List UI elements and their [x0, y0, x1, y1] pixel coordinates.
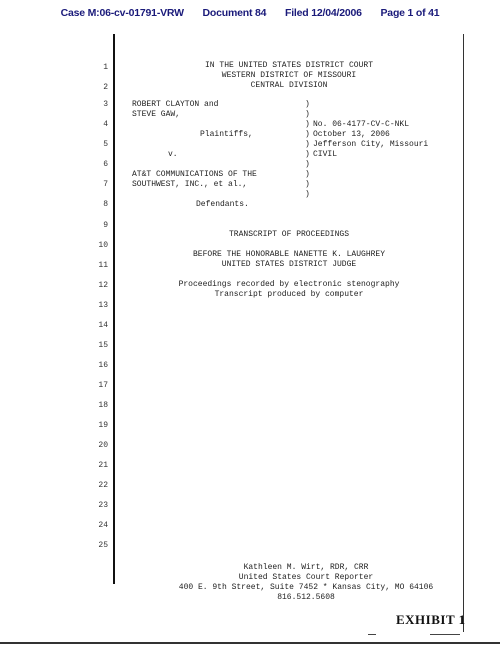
line-number: 14: [94, 321, 108, 330]
caption-bracket: ): [305, 150, 310, 159]
reporter-phone: 816.512.5608: [132, 593, 480, 602]
reporter-name: Kathleen M. Wirt, RDR, CRR: [132, 563, 480, 572]
case-docket-number: No. 06-4177-CV-C-NKL: [313, 120, 409, 129]
defendant-name-2: SOUTHWEST, INC., et al.,: [132, 180, 247, 189]
hearing-location: Jefferson City, Missouri: [313, 140, 428, 149]
district-name: WESTERN DISTRICT OF MISSOURI: [115, 71, 463, 80]
caption-bracket: ): [305, 100, 310, 109]
line-number: 19: [94, 421, 108, 430]
line-number: 9: [94, 221, 108, 230]
caption-bracket: ): [305, 120, 310, 129]
filed-date: Filed 12/04/2006: [285, 7, 362, 19]
recording-note: Proceedings recorded by electronic steno…: [115, 280, 463, 289]
line-number: 11: [94, 261, 108, 270]
line-number: 5: [94, 140, 108, 149]
defendants-label: Defendants.: [196, 200, 249, 209]
hearing-date: October 13, 2006: [313, 130, 390, 139]
line-number: 10: [94, 241, 108, 250]
caption-bracket: ): [305, 130, 310, 139]
division-name: CENTRAL DIVISION: [115, 81, 463, 90]
line-number: 7: [94, 180, 108, 189]
line-number: 25: [94, 541, 108, 550]
line-number: 22: [94, 481, 108, 490]
line-number: 12: [94, 281, 108, 290]
line-number: 2: [94, 83, 108, 92]
scan-mark: [368, 634, 376, 635]
caption-bracket: ): [305, 170, 310, 179]
judge-line: BEFORE THE HONORABLE NANETTE K. LAUGHREY: [115, 250, 463, 259]
line-number: 16: [94, 361, 108, 370]
left-margin-rule: [113, 34, 115, 584]
production-note: Transcript produced by computer: [115, 290, 463, 299]
case-number: Case M:06-cv-01791-VRW: [61, 7, 184, 19]
line-number: 20: [94, 441, 108, 450]
line-number: 3: [94, 100, 108, 109]
right-margin-rule: [463, 34, 464, 632]
defendant-name-1: AT&T COMMUNICATIONS OF THE: [132, 170, 257, 179]
line-number: 6: [94, 160, 108, 169]
reporter-address: 400 E. 9th Street, Suite 7452 * Kansas C…: [132, 583, 480, 592]
plaintiff-name-2: STEVE GAW,: [132, 110, 180, 119]
line-number: 4: [94, 120, 108, 129]
reporter-title: United States Court Reporter: [132, 573, 480, 582]
transcript-title: TRANSCRIPT OF PROCEEDINGS: [115, 230, 463, 239]
filing-header: Case M:06-cv-01791-VRW Document 84 Filed…: [0, 7, 500, 19]
bottom-border: [0, 642, 500, 644]
line-number: 18: [94, 401, 108, 410]
line-number: 1: [94, 63, 108, 72]
line-number: 15: [94, 341, 108, 350]
line-number: 8: [94, 200, 108, 209]
line-number: 24: [94, 521, 108, 530]
caption-bracket: ): [305, 180, 310, 189]
case-type: CIVIL: [313, 150, 337, 159]
exhibit-label: EXHIBIT 1: [396, 612, 466, 628]
court-name: IN THE UNITED STATES DISTRICT COURT: [115, 61, 463, 70]
page-indicator: Page 1 of 41: [381, 7, 440, 19]
caption-bracket: ): [305, 190, 310, 199]
caption-bracket: ): [305, 160, 310, 169]
versus-label: v.: [168, 150, 178, 159]
caption-bracket: ): [305, 140, 310, 149]
line-number: 13: [94, 301, 108, 310]
caption-bracket: ): [305, 110, 310, 119]
plaintiff-name-1: ROBERT CLAYTON and: [132, 100, 218, 109]
document-number: Document 84: [203, 7, 267, 19]
plaintiffs-label: Plaintiffs,: [200, 130, 253, 139]
line-number: 17: [94, 381, 108, 390]
scan-mark: [430, 634, 460, 635]
line-number: 23: [94, 501, 108, 510]
judge-title: UNITED STATES DISTRICT JUDGE: [115, 260, 463, 269]
line-number: 21: [94, 461, 108, 470]
